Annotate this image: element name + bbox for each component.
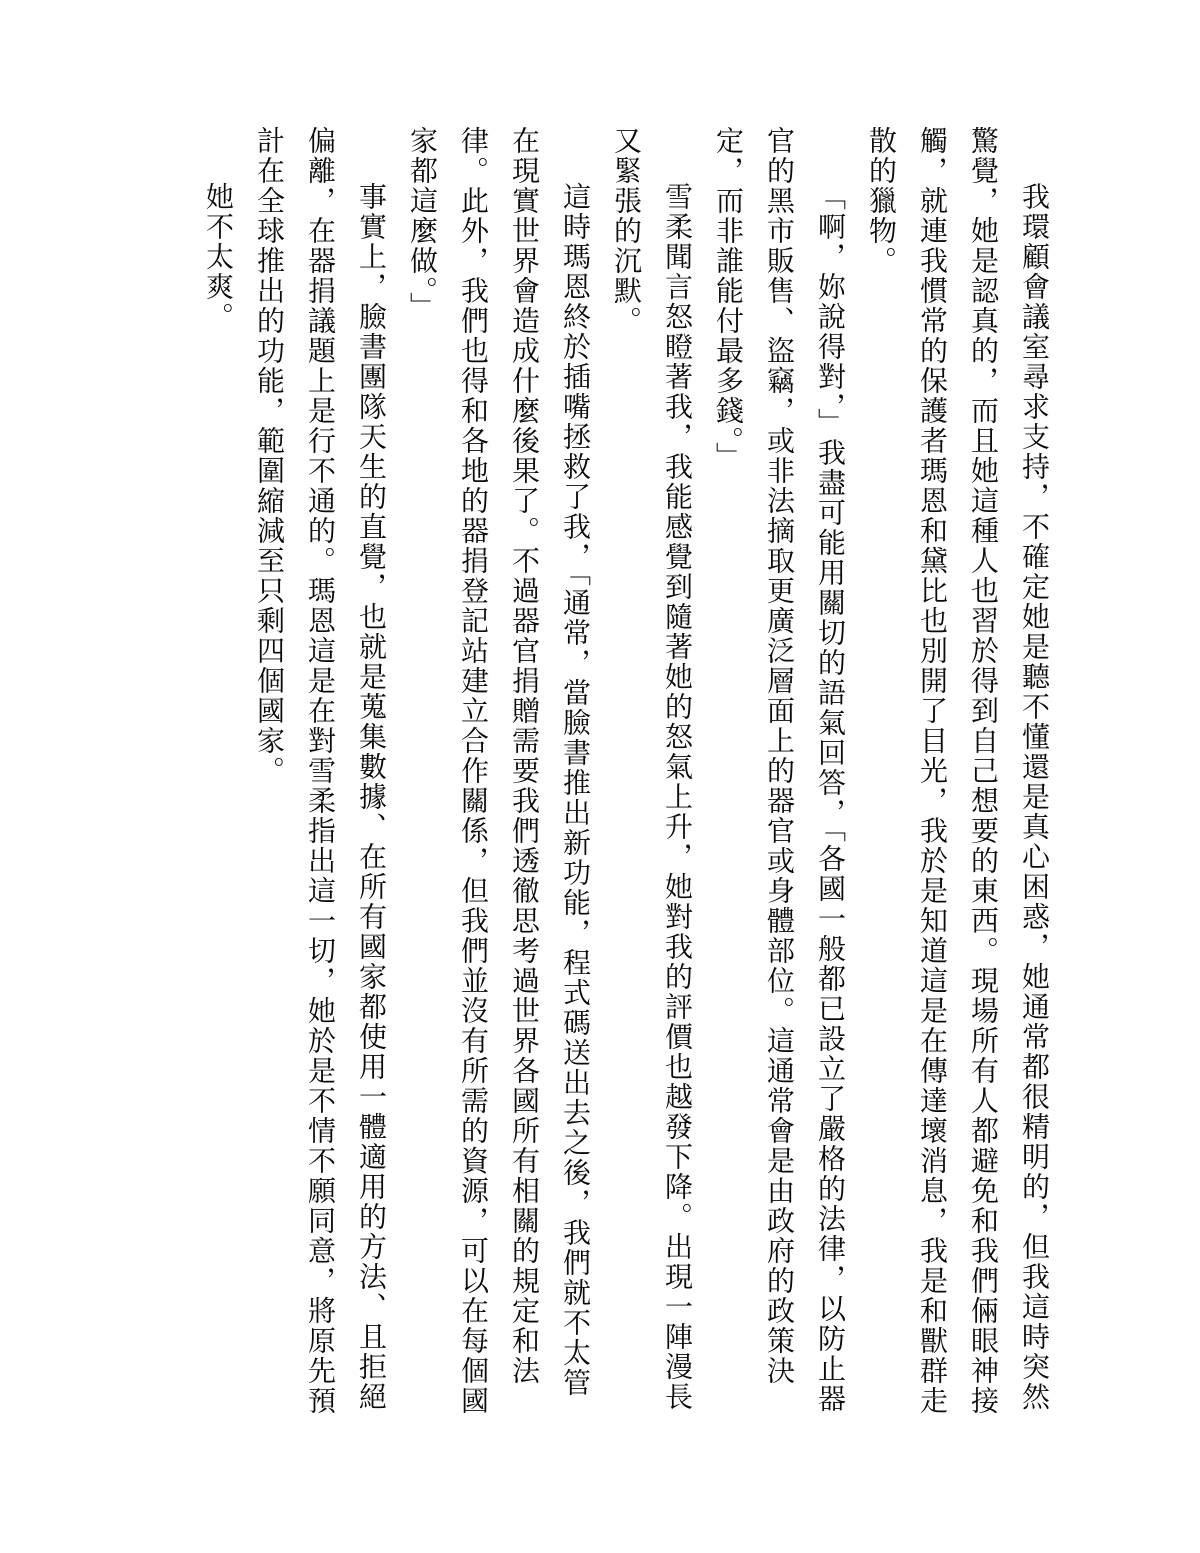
paragraph-3: 雪柔聞言怒瞪著我，我能感覺到隨著她的怒氣上升，她對我的評價也越發下降。出現一陣漫… [601, 126, 703, 1416]
paragraph-1: 我環顧會議室尋求支持，不確定她是聽不懂還是真心困惑，她通常都很精明的，但我這時突… [856, 126, 1060, 1416]
paragraph-2: 「啊，妳說得對，」我盡可能用關切的語氣回答，「各國一般都已設立了嚴格的法律，以防… [703, 126, 856, 1416]
paragraph-4: 這時瑪恩終於插嘴拯救了我，「通常，當臉書推出新功能，程式碼送出去之後，我們就不太… [397, 126, 601, 1416]
book-page: 我環顧會議室尋求支持，不確定她是聽不懂還是真心困惑，她通常都很精明的，但我這時突… [0, 0, 1200, 1553]
paragraph-5: 事實上，臉書團隊天生的直覺，也就是蒐集數據、在所有國家都使用一體適用的方法、且拒… [244, 126, 397, 1416]
vertical-text-block: 我環顧會議室尋求支持，不確定她是聽不懂還是真心困惑，她通常都很精明的，但我這時突… [193, 126, 1060, 1416]
paragraph-6: 她不太爽。 [193, 126, 244, 1416]
